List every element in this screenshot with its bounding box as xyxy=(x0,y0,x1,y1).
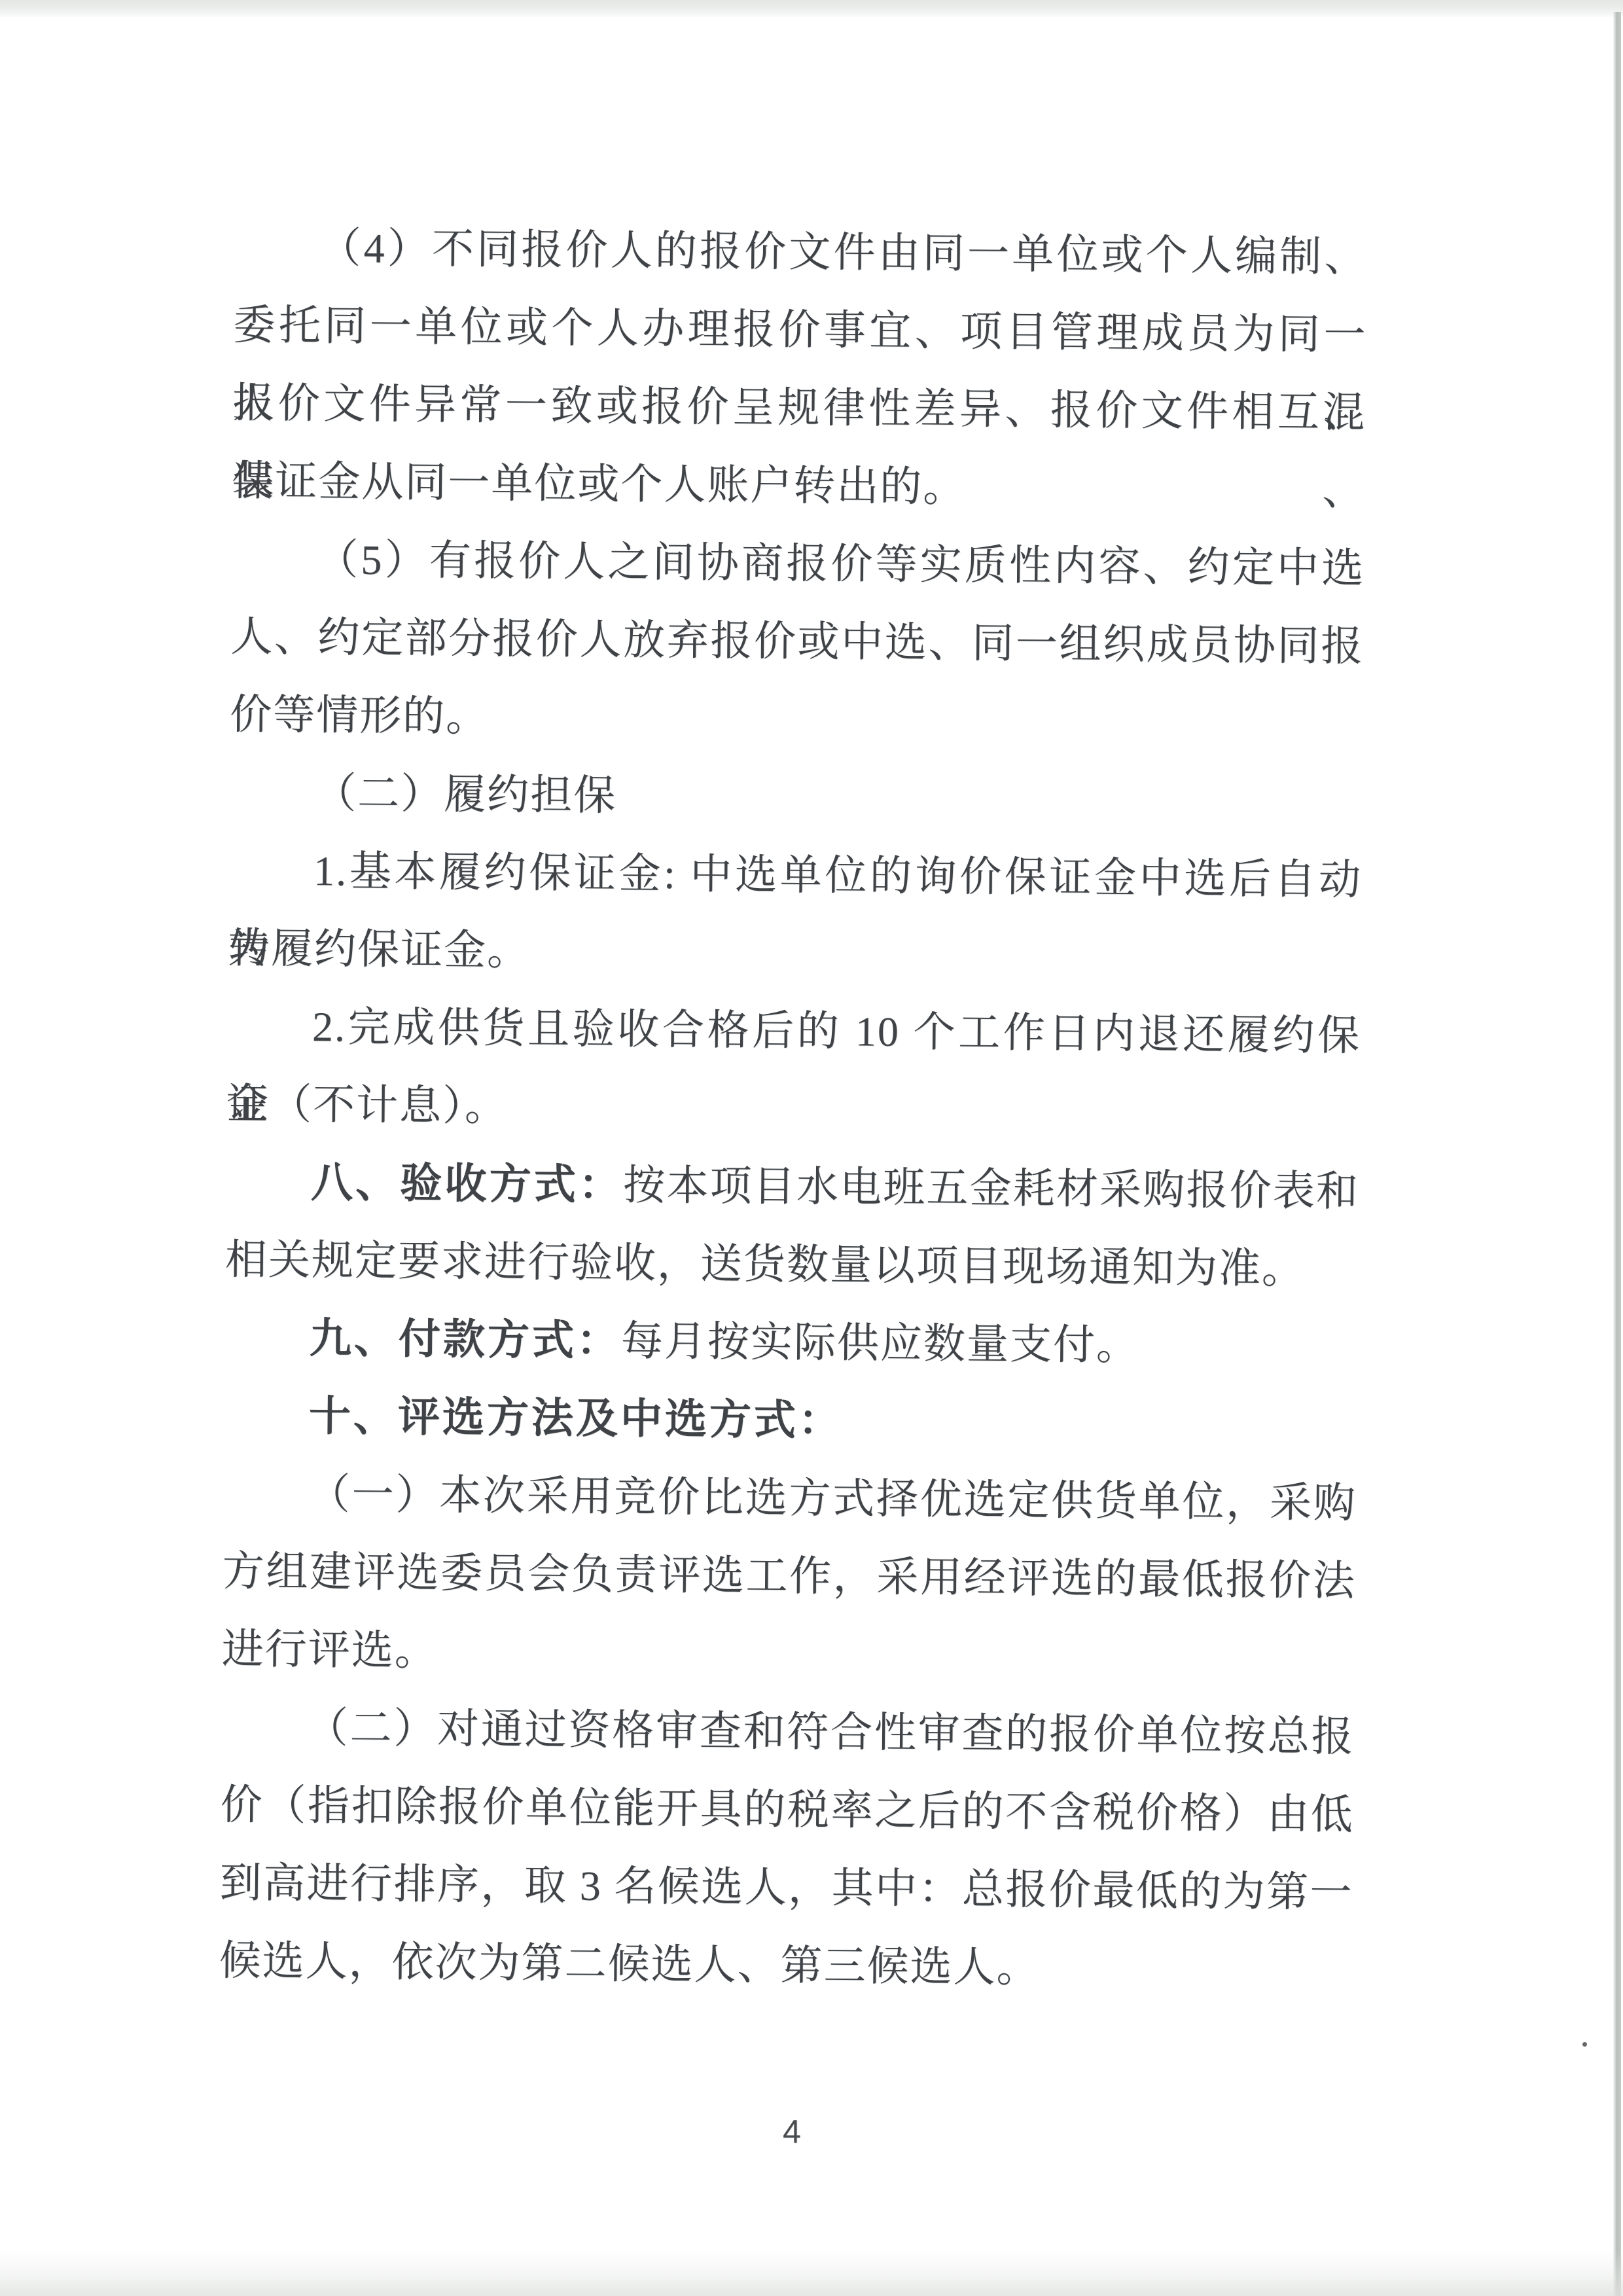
text-run: 候选人，依次为第二候选人、第三候选人。 xyxy=(219,1937,1040,1991)
section-heading: 八、验收方式： xyxy=(311,1158,624,1208)
text-line: 相关规定要求进行验收，送货数量以项目现场通知为准。 xyxy=(224,1221,1359,1308)
page-number: 4 xyxy=(783,2113,801,2151)
text-run: 方组建评选委员会负责评选工作，采用经评选的最低报价法 xyxy=(223,1548,1357,1604)
document-page: （4）不同报价人的报价文件由同一单位或个人编制、委托同一单位或个人办理报价事宜、… xyxy=(0,0,1623,2296)
text-line: （5）有报价人之间协商报价等实质性内容、约定中选 xyxy=(231,520,1365,607)
text-line: （一）本次采用竞价比选方式择优选定供货单位，采购 xyxy=(223,1454,1357,1542)
text-run: （一）本次采用竞价比选方式择优选定供货单位，采购 xyxy=(308,1471,1357,1526)
text-run: （4）不同报价人的报价文件由同一单位或个人编制、 xyxy=(319,224,1368,280)
text-line: 价（指扣除报价单位能开具的税率之后的不含税价格）由低 xyxy=(220,1766,1354,1854)
text-run: 进行评选。 xyxy=(221,1626,438,1674)
scan-speck xyxy=(1582,2042,1587,2047)
text-line: 候选人，依次为第二候选人、第三候选人。 xyxy=(219,1922,1353,2009)
text-line: 到高进行排序，取 3 名候选人，其中：总报价最低的为第一 xyxy=(219,1844,1353,1931)
document-body: （4）不同报价人的报价文件由同一单位或个人编制、委托同一单位或个人办理报价事宜、… xyxy=(219,208,1368,2009)
text-line: 委托同一单位或个人办理报价事宜、项目管理成员为同一人、 xyxy=(233,286,1367,374)
section-heading: 十、评选方法及中选方式： xyxy=(309,1392,844,1444)
text-run: 到高进行排序，取 3 名候选人，其中：总报价最低的为第一 xyxy=(219,1859,1353,1916)
text-run: 保证金从同一单位或个人账户转出的。 xyxy=(232,457,967,511)
text-line: 为履约保证金。 xyxy=(228,909,1362,997)
section-heading: 九、付款方式： xyxy=(310,1314,622,1364)
text-run: 价等情形的。 xyxy=(230,691,490,740)
text-line: 方组建评选委员会负责评选工作，采用经评选的最低报价法 xyxy=(222,1532,1356,1620)
text-line: 十、评选方法及中选方式： xyxy=(223,1376,1357,1464)
text-line: 报价文件异常一致或报价呈规律性差异、报价文件相互混装、 xyxy=(232,364,1366,452)
scan-edge-bottom xyxy=(0,2250,1623,2296)
scan-edge-right xyxy=(1613,12,1621,2296)
scan-edge-top xyxy=(0,0,1623,17)
text-line: 价等情形的。 xyxy=(230,675,1364,763)
text-run: 金（不计息）。 xyxy=(226,1081,508,1130)
text-run: 为履约保证金。 xyxy=(228,925,531,974)
text-line: 2.完成供货且验收合格后的 10 个工作日内退还履约保证 xyxy=(227,987,1361,1075)
text-run: 人、约定部分报价人放弃报价或中选、同一组织成员协同报 xyxy=(230,613,1364,670)
text-line: 八、验收方式：按本项目水电班五金耗材采购报价表和 xyxy=(226,1143,1360,1230)
text-line: 进行评选。 xyxy=(221,1610,1355,1698)
text-run: 每月按实际供应数量支付。 xyxy=(621,1318,1140,1369)
text-line: 九、付款方式：每月按实际供应数量支付。 xyxy=(224,1299,1358,1386)
text-run: 相关规定要求进行验收，送货数量以项目现场通知为准。 xyxy=(225,1236,1306,1292)
text-run: 按本项目水电班五金耗材采购报价表和 xyxy=(623,1162,1359,1215)
text-line: （二）对通过资格审查和符合性审查的报价单位按总报 xyxy=(221,1688,1355,1776)
text-line: 1.基本履约保证金: 中选单位的询价保证金中选后自动转 xyxy=(228,831,1363,919)
text-line: 金（不计息）。 xyxy=(226,1065,1361,1153)
text-run: （5）有报价人之间协商报价等实质性内容、约定中选 xyxy=(316,536,1365,592)
text-line: （二）履约担保 xyxy=(229,753,1363,841)
text-run: （二）对通过资格审查和符合性审查的报价单位按总报 xyxy=(306,1704,1355,1760)
text-line: （4）不同报价人的报价文件由同一单位或个人编制、 xyxy=(234,208,1368,296)
text-line: 人、约定部分报价人放弃报价或中选、同一组织成员协同报 xyxy=(230,598,1364,685)
text-run: （二）履约担保 xyxy=(314,770,617,819)
text-run: 价（指扣除报价单位能开具的税率之后的不含税价格）由低 xyxy=(220,1782,1354,1838)
